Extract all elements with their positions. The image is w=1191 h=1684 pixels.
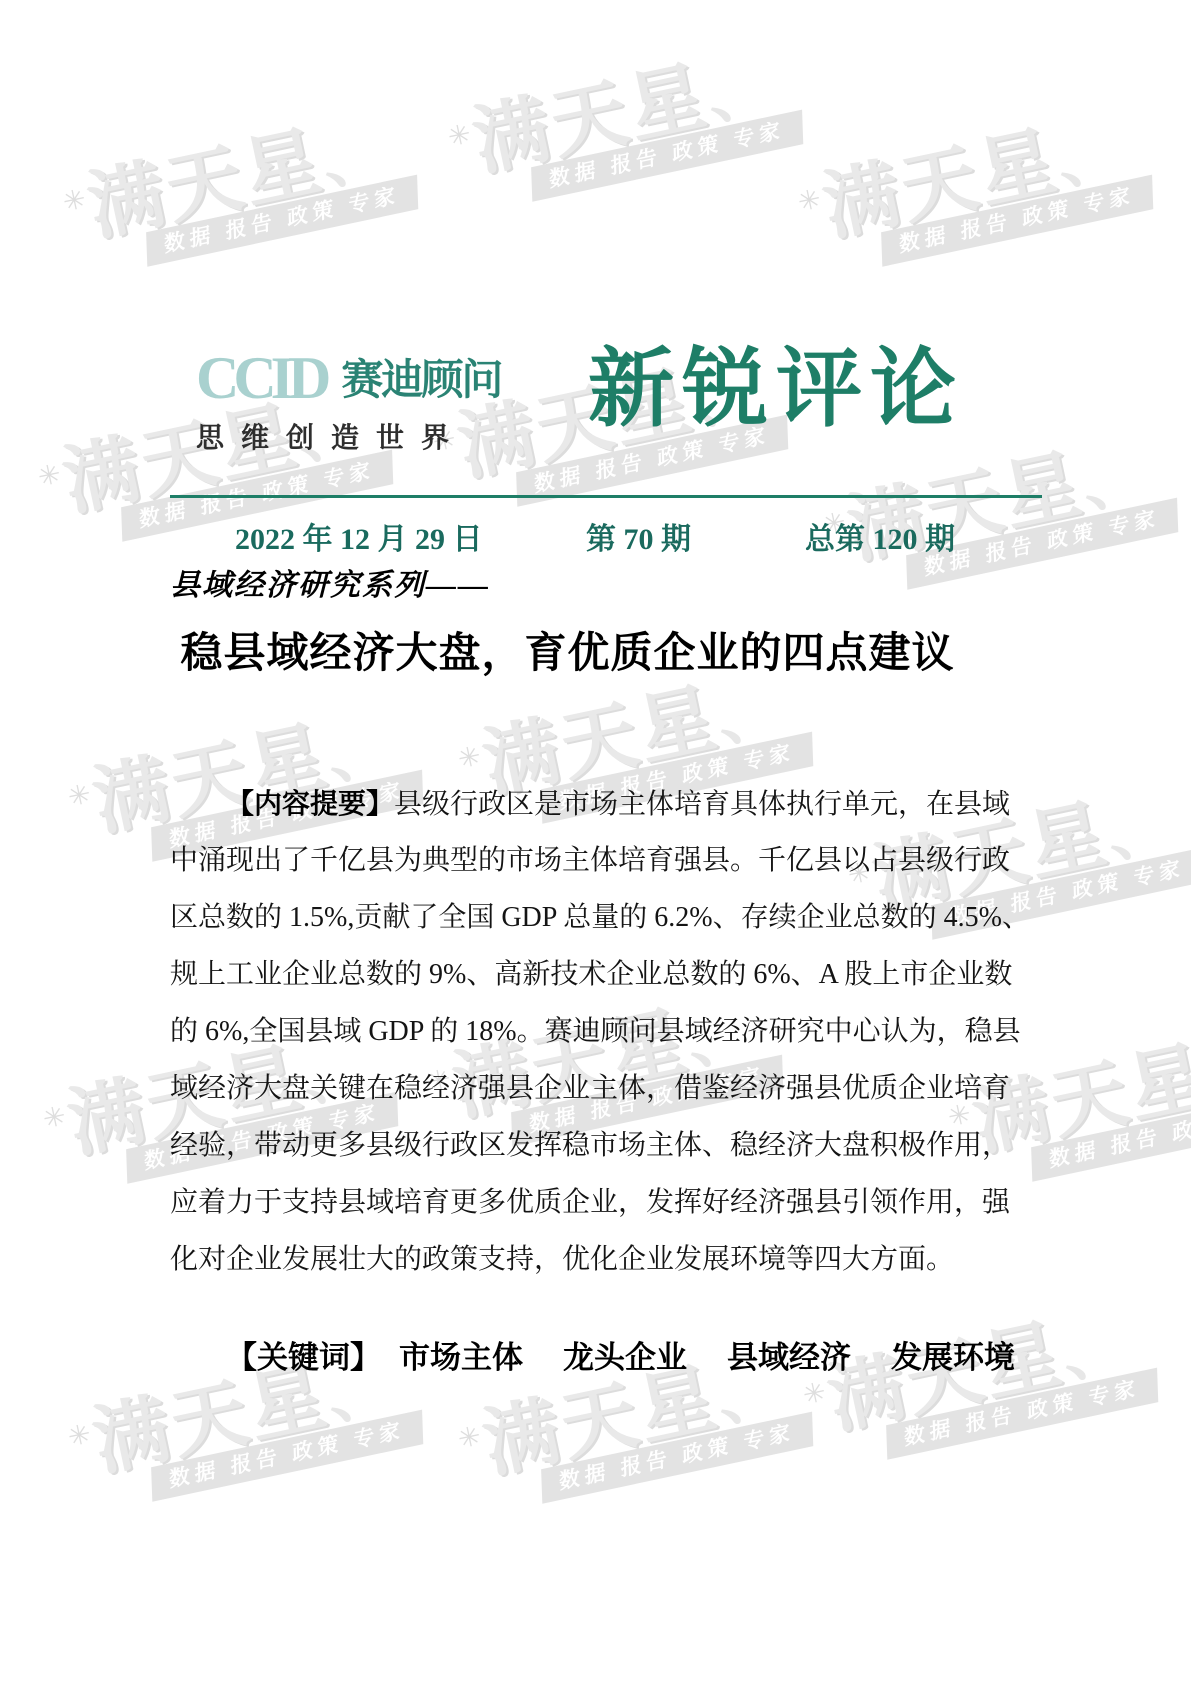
ccid-logo-text: CCID: [196, 350, 325, 406]
abstract-paragraph: 【内容提要】县级行政区是市场主体培育具体执行单元，在县域 中涌现出了千亿县为典型…: [170, 775, 965, 1288]
document-page: ✳满天星、数据 报告 政策 专家✳满天星、数据 报告 政策 专家✳满天星、数据 …: [0, 0, 1191, 1684]
article-title: 稳县域经济大盘，育优质企业的四点建议: [170, 620, 965, 680]
abstract-line: 区总数的 1.5%,贡献了全国 GDP 总量的 6.2%、存续企业总数的 4.5…: [170, 889, 965, 946]
abstract-line: 【内容提要】县级行政区是市场主体培育具体执行单元，在县域: [170, 775, 965, 832]
issue-date: 2022 年 12 月 29 日: [235, 514, 483, 558]
header-divider-rule: [170, 495, 1042, 498]
ccid-brand-name: 赛迪顾问: [341, 354, 501, 406]
page-content: CCID 赛迪顾问 思维创造世界 新锐评论 2022 年 12 月 29 日 第…: [0, 0, 1191, 1684]
cumulative-issue-number: 总第 120 期: [805, 514, 955, 558]
keyword-item: 龙头企业: [563, 1340, 687, 1375]
series-title: 县域经济研究系列——: [170, 560, 490, 604]
abstract-line: 的 6%,全国县域 GDP 的 18%。赛迪顾问县域经济研究中心认为，稳县: [170, 1003, 965, 1060]
ccid-logo-row: CCID 赛迪顾问: [196, 350, 501, 406]
abstract-label: 【内容提要】: [226, 788, 394, 819]
keywords-row: 【关键词】市场主体龙头企业县域经济发展环境: [226, 1332, 1015, 1377]
masthead-title: 新锐评论: [588, 342, 964, 437]
abstract-line-text: 县级行政区是市场主体培育具体执行单元，在县域: [394, 789, 1010, 820]
abstract-line: 化对企业发展壮大的政策支持，优化企业发展环境等四大方面。: [170, 1231, 965, 1288]
issue-number: 第 70 期: [586, 514, 691, 558]
abstract-line: 规上工业企业总数的 9%、高新技术企业总数的 6%、A 股上市企业数: [170, 946, 965, 1003]
keywords-label: 【关键词】: [226, 1340, 381, 1375]
abstract-line: 经验，带动更多县级行政区发挥稳市场主体、稳经济大盘积极作用，: [170, 1117, 965, 1174]
abstract-line: 域经济大盘关键在稳经济强县企业主体，借鉴经济强县优质企业培育: [170, 1060, 965, 1117]
keyword-item: 县域经济: [727, 1340, 851, 1375]
keyword-item: 发展环境: [891, 1340, 1015, 1375]
ccid-slogan: 思维创造世界: [196, 416, 501, 456]
ccid-logo: CCID 赛迪顾问 思维创造世界: [196, 350, 501, 456]
abstract-line: 中涌现出了千亿县为典型的市场主体培育强县。千亿县以占县级行政: [170, 832, 965, 889]
issue-info-row: 2022 年 12 月 29 日 第 70 期 总第 120 期: [0, 514, 1191, 554]
abstract-line: 应着力于支持县域培育更多优质企业，发挥好经济强县引领作用，强: [170, 1174, 965, 1231]
keyword-item: 市场主体: [399, 1340, 523, 1375]
